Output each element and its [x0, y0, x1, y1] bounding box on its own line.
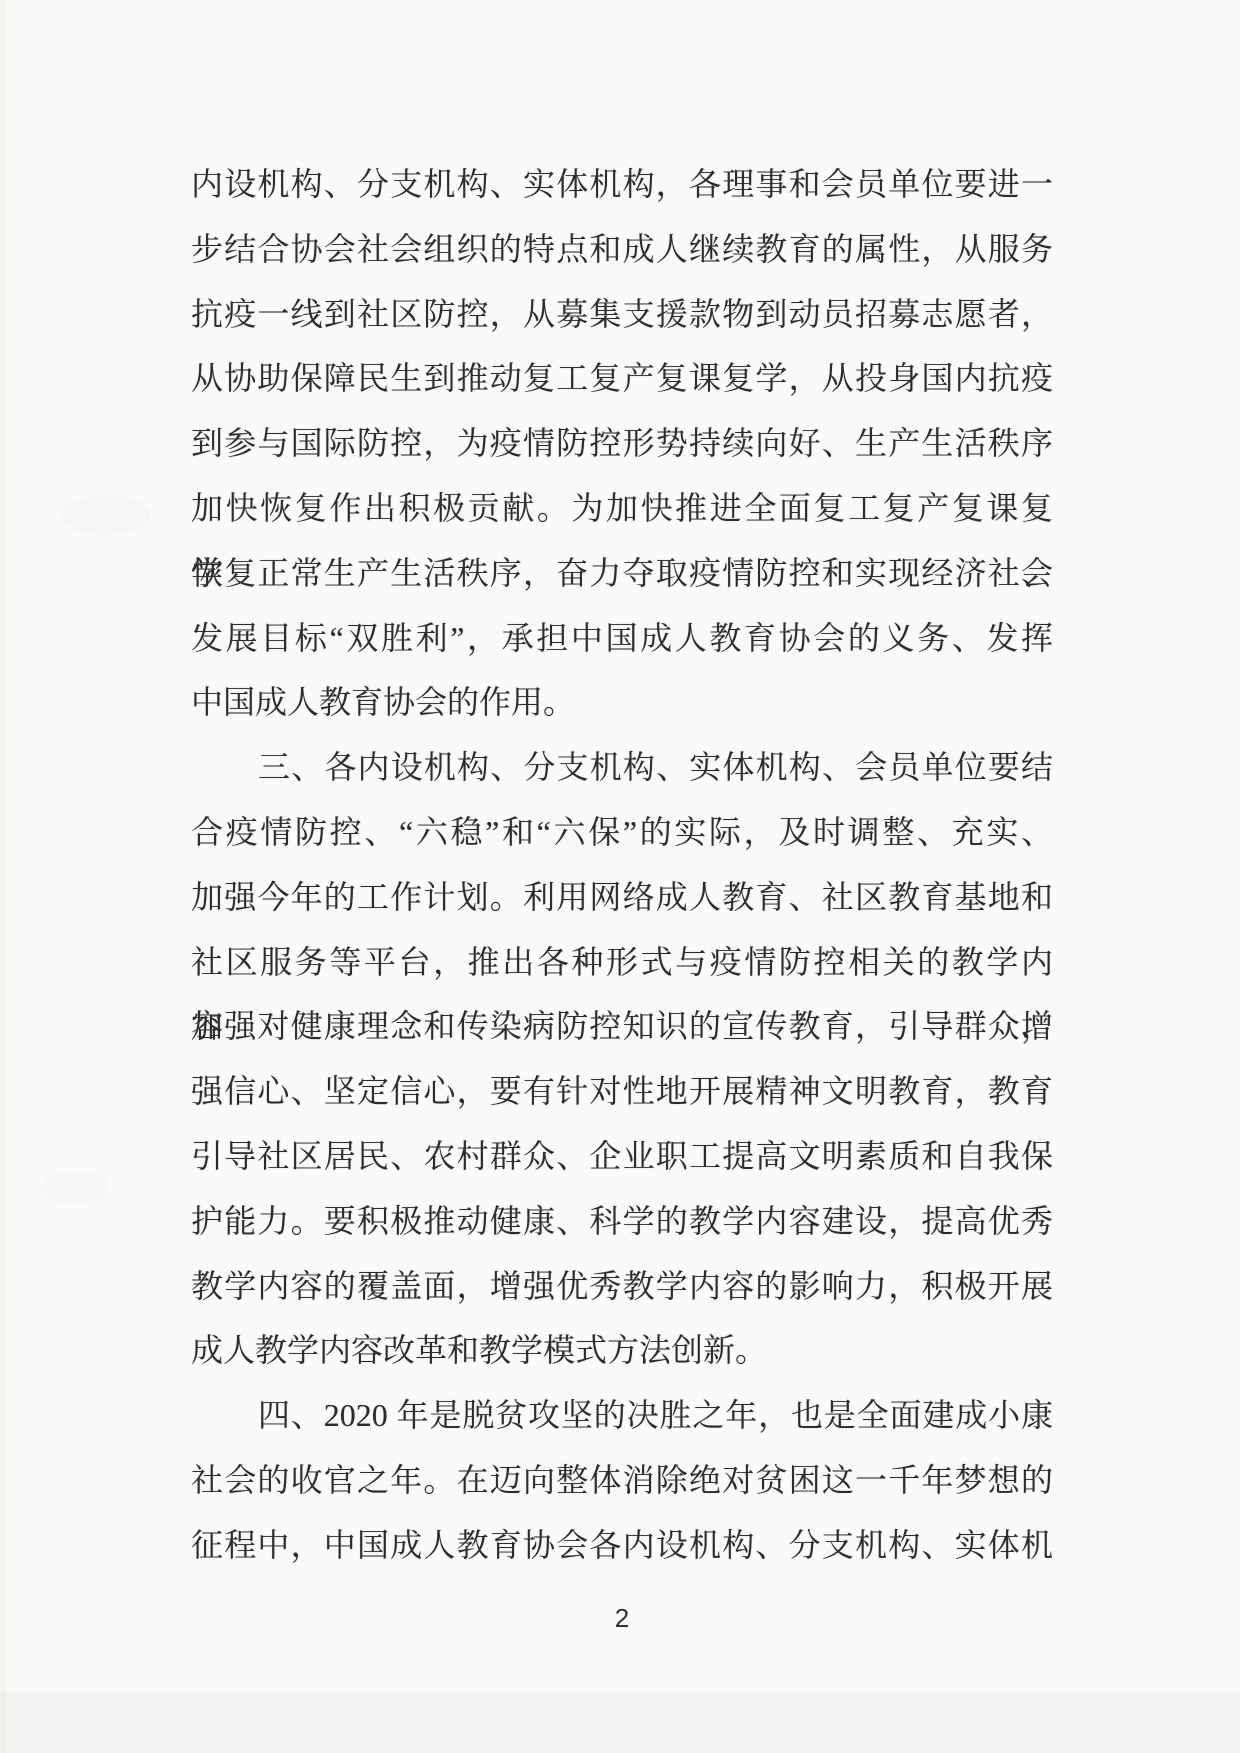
text-line: 成人教学内容改革和教学模式方法创新。	[191, 1318, 1053, 1383]
text-line: 恢复正常生产生活秩序，奋力夺取疫情防控和实现经济社会	[191, 541, 1053, 606]
text-line: 从协助保障民生到推动复工复产复课复学，从投身国内抗疫	[191, 346, 1053, 411]
text-line: 合疫情防控、“六稳”和“六保”的实际，及时调整、充实、	[191, 800, 1053, 865]
paragraph-item-three: 三、各内设机构、分支机构、实体机构、会员单位要结 合疫情防控、“六稳”和“六保”…	[191, 735, 1053, 1383]
document-body: 内设机构、分支机构、实体机构，各理事和会员单位要进一 步结合协会社会组织的特点和…	[191, 152, 1053, 1578]
scan-smudge	[60, 495, 150, 535]
text-line: 中国成人教育协会的作用。	[191, 670, 1053, 735]
text-line: 发展目标“双胜利”，承担中国成人教育协会的义务、发挥	[191, 606, 1053, 671]
paragraph-continuation: 内设机构、分支机构、实体机构，各理事和会员单位要进一 步结合协会社会组织的特点和…	[191, 152, 1053, 735]
text-line: 护能力。要积极推动健康、科学的教学内容建设，提高优秀	[191, 1189, 1053, 1254]
text-line: 加强今年的工作计划。利用网络成人教育、社区教育基地和	[191, 865, 1053, 930]
text-line: 加强对健康理念和传染病防控知识的宣传教育，引导群众增	[191, 994, 1053, 1059]
text-line: 社会的收官之年。在迈向整体消除绝对贫困这一千年梦想的	[191, 1448, 1053, 1513]
text-line: 引导社区居民、农村群众、企业职工提高文明素质和自我保	[191, 1124, 1053, 1189]
paragraph-item-four: 四、2020 年是脱贫攻坚的决胜之年，也是全面建成小康 社会的收官之年。在迈向整…	[191, 1383, 1053, 1577]
text-line: 社区服务等平台，推出各种形式与疫情防控相关的教学内容，	[191, 930, 1053, 995]
text-line: 内设机构、分支机构、实体机构，各理事和会员单位要进一	[191, 152, 1053, 217]
scan-edge-shadow	[0, 0, 7, 1753]
scan-bottom-shadow	[0, 1692, 1240, 1753]
text-line: 强信心、坚定信心，要有针对性地开展精神文明教育，教育	[191, 1059, 1053, 1124]
scanned-document-page: { "colors": { "paper": "#fbfaf8", "ink":…	[0, 0, 1240, 1753]
text-line: 征程中，中国成人教育协会各内设机构、分支机构、实体机	[191, 1513, 1053, 1578]
text-line: 步结合协会社会组织的特点和成人继续教育的属性，从服务	[191, 217, 1053, 282]
page-number: 2	[191, 1598, 1053, 1638]
scan-smudge	[40, 1170, 110, 1204]
text-line: 到参与国际防控，为疫情防控形势持续向好、生产生活秩序	[191, 411, 1053, 476]
text-line: 抗疫一线到社区防控，从募集支援款物到动员招募志愿者，	[191, 282, 1053, 347]
text-line: 加快恢复作出积极贡献。为加快推进全面复工复产复课复学、	[191, 476, 1053, 541]
text-line: 四、2020 年是脱贫攻坚的决胜之年，也是全面建成小康	[191, 1383, 1053, 1448]
text-line: 教学内容的覆盖面，增强优秀教学内容的影响力，积极开展	[191, 1254, 1053, 1319]
text-line: 三、各内设机构、分支机构、实体机构、会员单位要结	[191, 735, 1053, 800]
